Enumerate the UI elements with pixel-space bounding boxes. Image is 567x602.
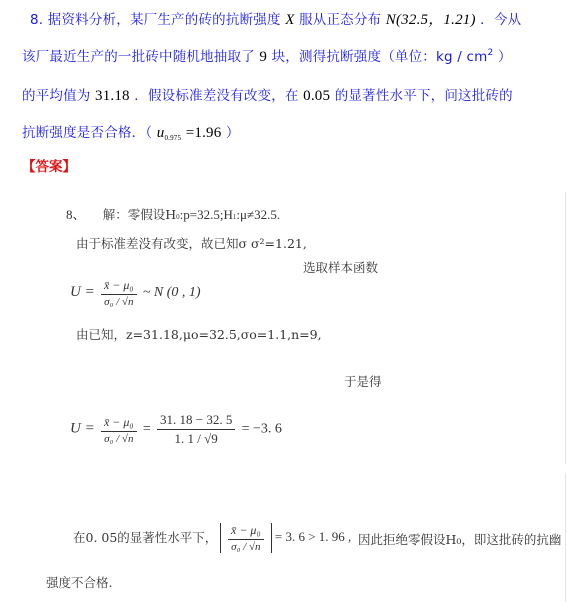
conclusion-text-2: 强度不合格. — [46, 573, 112, 591]
variable-x: X — [285, 12, 294, 28]
formula-u-computed: U = x̄ − μ₀ σ₀ / √n = 31. 18 − 32. 5 1. … — [70, 412, 282, 447]
solution-line-4: 由已知，z=31.18,μo=32.5,σo=1.1,n=9, — [76, 325, 322, 343]
question-line-4: 抗断强度是否合格．（ u0.975 =1.96 ） — [22, 121, 240, 142]
sample-mean: 31.18 — [95, 88, 130, 104]
conclusion-prefix: 在0. 05的显著性水平下， — [73, 528, 217, 546]
formula-u-distribution: U = x̄ − μ₀ σ₀ / √n ~ N (0 , 1) — [70, 278, 201, 308]
question-number: 8. — [30, 12, 43, 28]
question-line-3: 的平均值为 31.18 ．假设标准差没有改变，在 0.05 的显著性水平下，问这… — [22, 84, 513, 105]
alpha-value: 0.05 — [303, 88, 330, 104]
solution-line-1: 8、 解：零假设H0:p=32.5;H1:μ≠32.5. — [66, 204, 280, 223]
conclusion-text-1: 因此拒绝零假设H₀，即这批砖的抗幽 — [358, 530, 561, 548]
solution-image-2: 在0. 05的显著性水平下， x̄ − μ₀ σ₀ / √n = 3. 6 > … — [0, 473, 566, 602]
solution-image-1: 8、 解：零假设H0:p=32.5;H1:μ≠32.5. 由于标准差没有改变，故… — [0, 192, 566, 464]
question-line-2: 该厂最近生产的一批砖中随机地抽取了 9 块，测得抗断强度（单位：kg / cm2… — [22, 45, 512, 66]
formula-abs-compare: x̄ − μ₀ σ₀ / √n = 3. 6 > 1. 96 , — [220, 523, 351, 553]
solution-line-3: 选取样本函数 — [303, 258, 378, 276]
sample-count: 9 — [259, 49, 267, 65]
solution-line-2: 由于标准差没有改变，故已知σ σ²=1.21, — [76, 234, 307, 252]
question-line-1: 8. 据资料分析，某厂生产的砖的抗断强度 X 服从正态分布 N(32.5，1.2… — [22, 8, 521, 29]
solution-line-5: 于是得 — [344, 372, 382, 390]
distribution: N(32.5，1.21) — [386, 12, 476, 28]
answer-tag: 【答案】 — [22, 155, 76, 175]
